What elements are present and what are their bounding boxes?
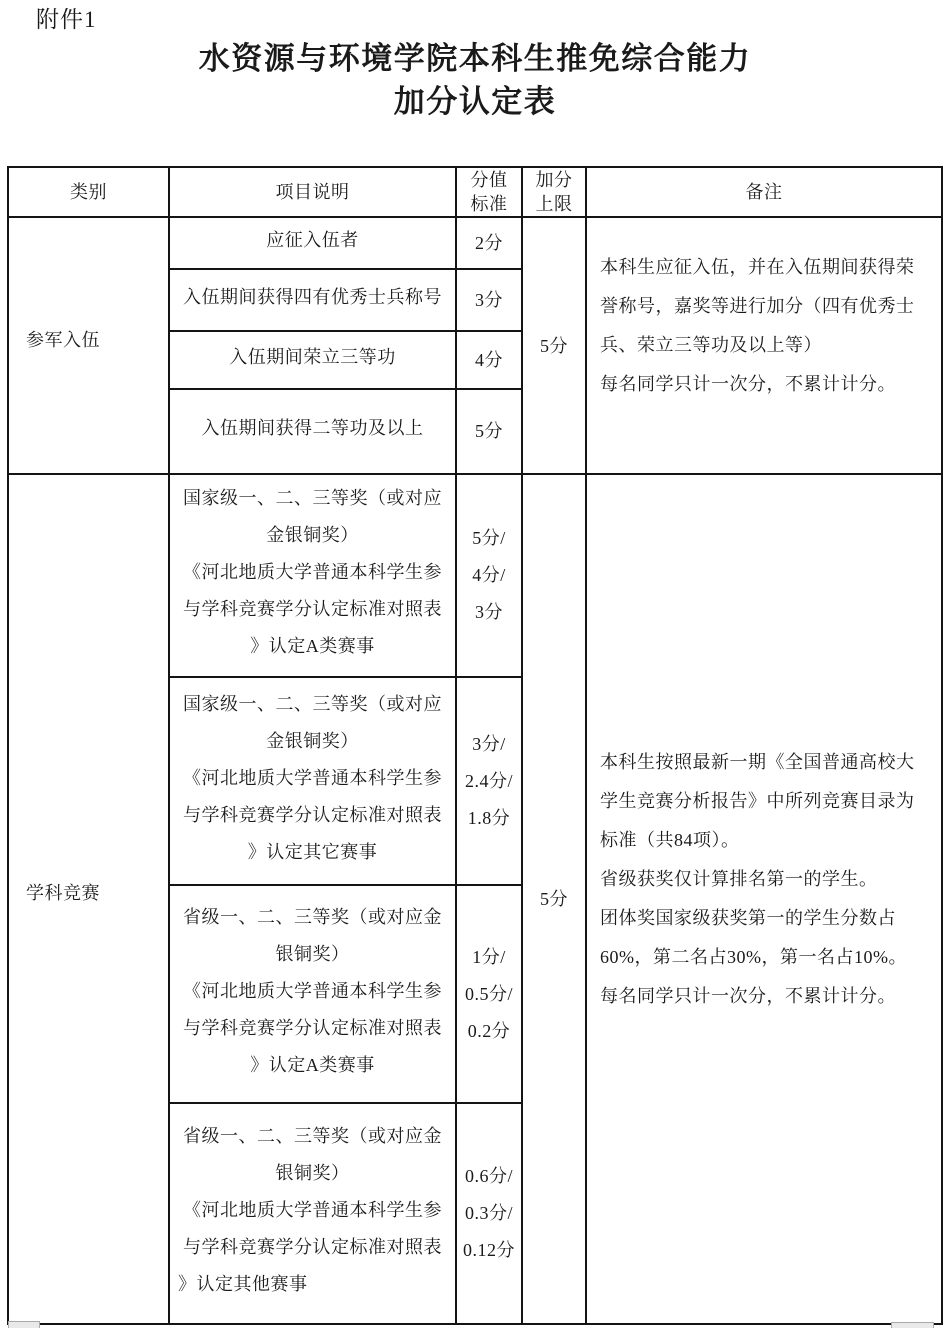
text-line: 应征入伍者 [178,222,447,259]
category-cell-army: 参军入伍 [8,217,169,474]
text-line: 入伍期间获得二等功及以上 [178,410,447,447]
header-score-standard: 分值标准 [456,167,522,217]
project-cell: 入伍期间获得二等功及以上 [169,389,456,474]
text-line: 加分 [529,168,579,192]
text-line: 2.4分/ [459,763,519,800]
text-line: 》认定其它赛事 [178,834,447,871]
score-cell: 3分/2.4分/1.8分 [456,677,522,885]
attachment-label: 附件1 [36,5,97,35]
text-line: 上限 [529,192,579,216]
table-row: 参军入伍 应征入伍者 2分 5分 本科生应征入伍，并在入伍期间获得荣誉称号，嘉奖… [8,217,942,269]
text-line: 金银铜奖） [178,517,447,554]
text-line: 2分 [459,225,519,262]
text-line: 3分 [459,282,519,319]
text-line: 本科生按照最新一期《全国普通高校大 [600,743,933,782]
text-line: 5分 [459,413,519,450]
text-line: 分值 [463,168,515,192]
text-line: 与学科竞赛学分认定标准对照表 [178,591,447,628]
text-line: 5分 [529,887,579,911]
project-cell: 入伍期间荣立三等功 [169,331,456,389]
project-cell: 省级一、二、三等奖（或对应金银铜奖）《河北地质大学普通本科学生参与学科竞赛学分认… [169,1103,456,1324]
remark-cell: 本科生按照最新一期《全国普通高校大学生竞赛分析报告》中所列竞赛目录为标准（共84… [586,474,942,1324]
text-line: 银铜奖） [178,936,447,973]
text-line: 与学科竞赛学分认定标准对照表 [178,1010,447,1047]
header-category: 类别 [8,167,169,217]
header-cap: 加分上限 [522,167,586,217]
project-cell: 入伍期间获得四有优秀士兵称号 [169,269,456,331]
text-line: 誉称号，嘉奖等进行加分（四有优秀士 [600,287,933,326]
text-line: 3分/ [459,726,519,763]
document-title: 水资源与环境学院本科生推免综合能力加分认定表 [0,37,950,123]
table-row: 学科竞赛 国家级一、二、三等奖（或对应金银铜奖）《河北地质大学普通本科学生参与学… [8,474,942,677]
score-cell: 2分 [456,217,522,269]
text-line: 5分/ [459,520,519,557]
text-line: 每名同学只计一次分，不累计计分。 [600,977,933,1016]
table-header-row: 类别 项目说明 分值标准 加分上限 备注 [8,167,942,217]
score-cell: 5分/4分/3分 [456,474,522,677]
cap-cell: 5分 [522,474,586,1324]
project-cell: 国家级一、二、三等奖（或对应金银铜奖）《河北地质大学普通本科学生参与学科竞赛学分… [169,474,456,677]
text-line: 《河北地质大学普通本科学生参 [178,760,447,797]
text-line: 水资源与环境学院本科生推免综合能力 [0,37,950,80]
text-line: 0.6分/ [459,1158,519,1195]
text-line: 0.12分 [459,1232,519,1269]
text-line: 1分/ [459,939,519,976]
text-line: 省级一、二、三等奖（或对应金 [178,1118,447,1155]
score-cell: 1分/0.5分/0.2分 [456,885,522,1103]
text-line: 5分 [529,334,579,358]
bonus-points-table: 类别 项目说明 分值标准 加分上限 备注 参军入伍 应征入伍者 2分 5分 本科… [7,166,943,1325]
text-line: 《河北地质大学普通本科学生参 [178,554,447,591]
text-line: 加分认定表 [0,80,950,123]
text-line: 《河北地质大学普通本科学生参 [178,973,447,1010]
text-line: 》认定A类赛事 [178,1047,447,1084]
text-line: 国家级一、二、三等奖（或对应 [178,686,447,723]
text-line: 国家级一、二、三等奖（或对应 [178,480,447,517]
text-line: 4分 [459,342,519,379]
text-line: 项目说明 [176,180,449,204]
header-remark: 备注 [586,167,942,217]
text-line: 省级一、二、三等奖（或对应金 [178,899,447,936]
text-line: 每名同学只计一次分，不累计计分。 [600,365,933,404]
header-project: 项目说明 [169,167,456,217]
text-line: 兵、荣立三等功及以上等） [600,326,933,365]
text-line: 入伍期间荣立三等功 [178,339,447,376]
project-cell: 应征入伍者 [169,217,456,269]
score-cell: 3分 [456,269,522,331]
project-cell: 国家级一、二、三等奖（或对应金银铜奖）《河北地质大学普通本科学生参与学科竞赛学分… [169,677,456,885]
text-line: 标准（共84项）。 [600,821,933,860]
text-line: 金银铜奖） [178,723,447,760]
cutoff-table-stub-left [8,1321,40,1328]
project-cell: 省级一、二、三等奖（或对应金银铜奖）《河北地质大学普通本科学生参与学科竞赛学分认… [169,885,456,1103]
text-line: 》认定A类赛事 [178,628,447,665]
text-line: 类别 [15,180,162,204]
text-line: 与学科竞赛学分认定标准对照表 [178,797,447,834]
text-line: 》认定其他赛事 [178,1266,447,1303]
text-line: 3分 [459,594,519,631]
text-line: 1.8分 [459,800,519,837]
text-line: 省级获奖仅计算排名第一的学生。 [600,860,933,899]
text-line: 学生竞赛分析报告》中所列竞赛目录为 [600,782,933,821]
text-line: 标准 [463,192,515,216]
text-line: 0.5分/ [459,976,519,1013]
score-cell: 0.6分/0.3分/0.12分 [456,1103,522,1324]
cap-cell: 5分 [522,217,586,474]
score-cell: 5分 [456,389,522,474]
text-line: 团体奖国家级获奖第一的学生分数占 [600,899,933,938]
score-cell: 4分 [456,331,522,389]
text-line: 备注 [593,180,935,204]
cutoff-table-stub-right [891,1322,934,1328]
text-line: 0.2分 [459,1013,519,1050]
text-line: 银铜奖） [178,1155,447,1192]
text-line: 入伍期间获得四有优秀士兵称号 [178,279,447,316]
text-line: 60%，第二名占30%，第一名占10%。 [600,938,933,977]
text-line: 0.3分/ [459,1195,519,1232]
text-line: 《河北地质大学普通本科学生参 [178,1192,447,1229]
category-cell-competition: 学科竞赛 [8,474,169,1324]
text-line: 4分/ [459,557,519,594]
remark-cell: 本科生应征入伍，并在入伍期间获得荣誉称号，嘉奖等进行加分（四有优秀士兵、荣立三等… [586,217,942,474]
text-line: 与学科竞赛学分认定标准对照表 [178,1229,447,1266]
document-page: { "doc": { "attachment_label": "附件1", "t… [0,0,950,1328]
text-line: 本科生应征入伍，并在入伍期间获得荣 [600,248,933,287]
